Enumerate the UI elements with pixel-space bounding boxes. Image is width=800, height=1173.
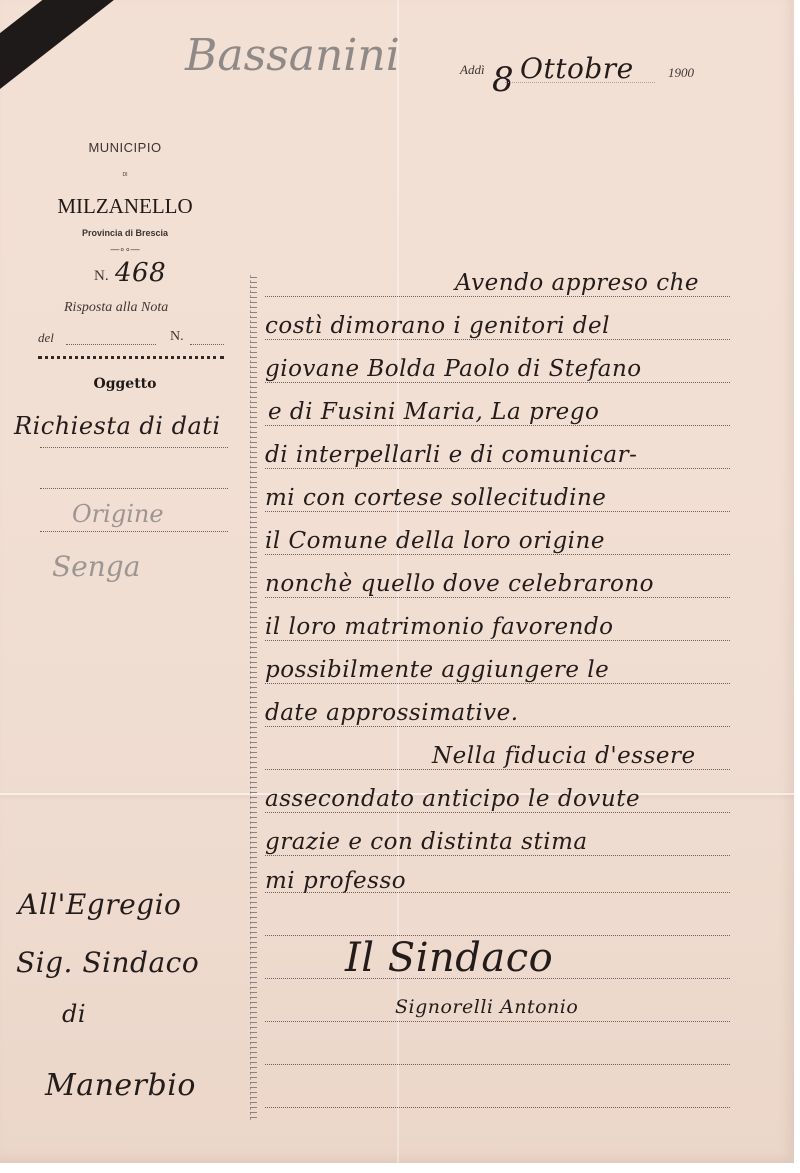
rule-line: [265, 554, 730, 555]
subject-rule-1: [40, 447, 228, 448]
n-field: [190, 344, 224, 345]
subject-rule-3: [40, 531, 228, 532]
body-line-2: costì dimorano i genitori del: [265, 313, 610, 339]
letterhead-province: Provincia di Brescia: [55, 228, 195, 238]
body-line-9: il loro matrimonio favorendo: [265, 614, 614, 640]
rule-line: [265, 855, 730, 856]
pencil-note-senga: Senga: [52, 550, 140, 583]
body-line-6: mi con cortese sollecitudine: [265, 485, 606, 511]
protocol-number: 468: [115, 258, 166, 288]
pencil-note-origine: Origine: [72, 500, 164, 528]
signature-name: Signorelli Antonio: [395, 996, 578, 1018]
rule-line: [265, 468, 730, 469]
reply-label: Risposta alla Nota: [64, 300, 168, 316]
addressee-line-2: Sig. Sindaco: [16, 946, 199, 979]
rule-line: [265, 726, 730, 727]
rule-line: [265, 425, 730, 426]
body-line-4: e di Fusini Maria, La prego: [268, 399, 599, 425]
addressee-line-1: All'Egregio: [18, 888, 181, 921]
letterhead-municipio: MUNICIPIO: [60, 140, 190, 155]
rule-line: [265, 812, 730, 813]
number-label: N.: [94, 268, 109, 285]
body-line-13: assecondato anticipo le dovute: [265, 786, 640, 812]
body-line-10: possibilmente aggiungere le: [265, 657, 609, 683]
letterhead-divider: [38, 356, 224, 359]
margin-wavy-line: [250, 275, 257, 1120]
addressee-line-3: di: [62, 1000, 86, 1028]
rule-line: [265, 511, 730, 512]
body-line-8: nonchè quello dove celebrarono: [265, 571, 654, 597]
rule-line: [265, 1107, 730, 1108]
signature-title: Il Sindaco: [345, 935, 553, 981]
subject-rule-2: [40, 488, 228, 489]
ornament: —∘∘—: [105, 244, 145, 255]
rule-line: [265, 382, 730, 383]
body-line-1: Avendo appreso che: [455, 270, 699, 296]
subject-label: Oggetto: [90, 376, 160, 392]
rule-line: [265, 1021, 730, 1022]
del-label: del: [38, 330, 54, 346]
rule-line: [265, 597, 730, 598]
date-year: 1900: [668, 65, 694, 81]
subject-text: Richiesta di dati: [14, 412, 221, 440]
rule-line: [265, 339, 730, 340]
body-line-15: mi professo: [265, 868, 406, 894]
rule-line: [265, 296, 730, 297]
body-line-12: Nella fiducia d'essere: [432, 743, 696, 769]
body-line-7: il Comune della loro origine: [265, 528, 605, 554]
body-line-14: grazie e con distinta stima: [265, 829, 588, 855]
date-month: Ottobre: [520, 52, 634, 85]
date-day: 8: [492, 60, 514, 100]
rule-line: [265, 640, 730, 641]
rule-line: [265, 683, 730, 684]
rule-line: [265, 1064, 730, 1065]
rule-line: [265, 769, 730, 770]
addressee-line-4: Manerbio: [45, 1068, 196, 1103]
body-line-11: date approssimative.: [265, 700, 519, 726]
body-line-3: giovane Bolda Paolo di Stefano: [265, 356, 642, 382]
addi-label: Addì: [460, 62, 485, 78]
letter-paper: MUNICIPIO DI MILZANELLO Provincia di Bre…: [0, 0, 794, 1163]
letterhead-di: DI: [100, 172, 150, 178]
body-line-5: di interpellarli e di comunicar-: [265, 442, 637, 468]
del-field: [66, 344, 156, 345]
n-label: N.: [170, 329, 184, 345]
pencil-note-header: Bassanini: [185, 30, 400, 81]
date-rule: [505, 82, 655, 83]
letterhead-town: MILZANELLO: [30, 194, 220, 219]
